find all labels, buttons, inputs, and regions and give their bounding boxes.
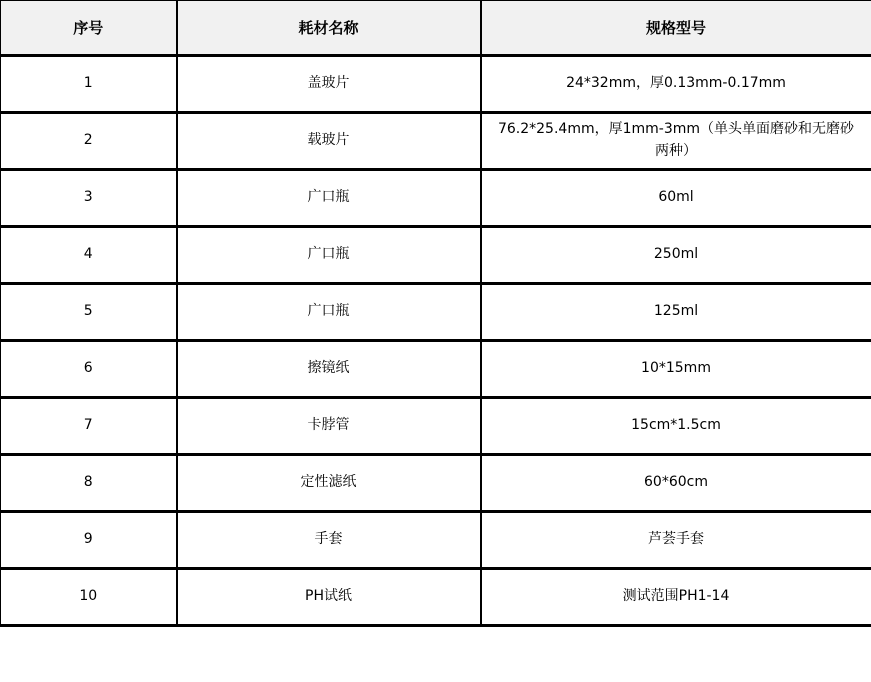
cell-index: 1 <box>1 56 177 113</box>
cell-index: 9 <box>1 512 177 569</box>
column-header-spec: 规格型号 <box>481 1 871 56</box>
cell-index: 6 <box>1 341 177 398</box>
cell-spec: 76.2*25.4mm，厚1mm-3mm（单头单面磨砂和无磨砂两种） <box>481 113 871 170</box>
column-header-name: 耗材名称 <box>177 1 481 56</box>
cell-name: 盖玻片 <box>177 56 481 113</box>
table-row: 6 擦镜纸 10*15mm <box>1 341 871 398</box>
cell-index: 2 <box>1 113 177 170</box>
cell-spec: 125ml <box>481 284 871 341</box>
table-header: 序号 耗材名称 规格型号 <box>1 1 871 56</box>
table-row: 9 手套 芦荟手套 <box>1 512 871 569</box>
cell-name: 广口瓶 <box>177 170 481 227</box>
table-row: 3 广口瓶 60ml <box>1 170 871 227</box>
cell-spec: 15cm*1.5cm <box>481 398 871 455</box>
cell-name: 擦镜纸 <box>177 341 481 398</box>
table-row: 7 卡脖管 15cm*1.5cm <box>1 398 871 455</box>
cell-name: 广口瓶 <box>177 227 481 284</box>
column-header-index: 序号 <box>1 1 177 56</box>
cell-name: 载玻片 <box>177 113 481 170</box>
cell-name: 定性滤纸 <box>177 455 481 512</box>
cell-spec: 250ml <box>481 227 871 284</box>
cell-index: 7 <box>1 398 177 455</box>
cell-spec: 测试范围PH1-14 <box>481 569 871 626</box>
cell-spec: 60ml <box>481 170 871 227</box>
consumables-spec-table: 序号 耗材名称 规格型号 1 盖玻片 24*32mm，厚0.13mm-0.17m… <box>0 0 871 627</box>
header-row: 序号 耗材名称 规格型号 <box>1 1 871 56</box>
cell-spec: 芦荟手套 <box>481 512 871 569</box>
table-row: 2 载玻片 76.2*25.4mm，厚1mm-3mm（单头单面磨砂和无磨砂两种） <box>1 113 871 170</box>
cell-spec: 10*15mm <box>481 341 871 398</box>
table-row: 10 PH试纸 测试范围PH1-14 <box>1 569 871 626</box>
cell-spec: 24*32mm，厚0.13mm-0.17mm <box>481 56 871 113</box>
cell-index: 8 <box>1 455 177 512</box>
cell-name: 手套 <box>177 512 481 569</box>
table-row: 1 盖玻片 24*32mm，厚0.13mm-0.17mm <box>1 56 871 113</box>
cell-index: 10 <box>1 569 177 626</box>
table-row: 5 广口瓶 125ml <box>1 284 871 341</box>
cell-index: 5 <box>1 284 177 341</box>
table-row: 8 定性滤纸 60*60cm <box>1 455 871 512</box>
cell-name: PH试纸 <box>177 569 481 626</box>
cell-name: 卡脖管 <box>177 398 481 455</box>
cell-index: 3 <box>1 170 177 227</box>
table-body: 1 盖玻片 24*32mm，厚0.13mm-0.17mm 2 载玻片 76.2*… <box>1 56 871 626</box>
table-row: 4 广口瓶 250ml <box>1 227 871 284</box>
cell-index: 4 <box>1 227 177 284</box>
cell-name: 广口瓶 <box>177 284 481 341</box>
cell-spec: 60*60cm <box>481 455 871 512</box>
